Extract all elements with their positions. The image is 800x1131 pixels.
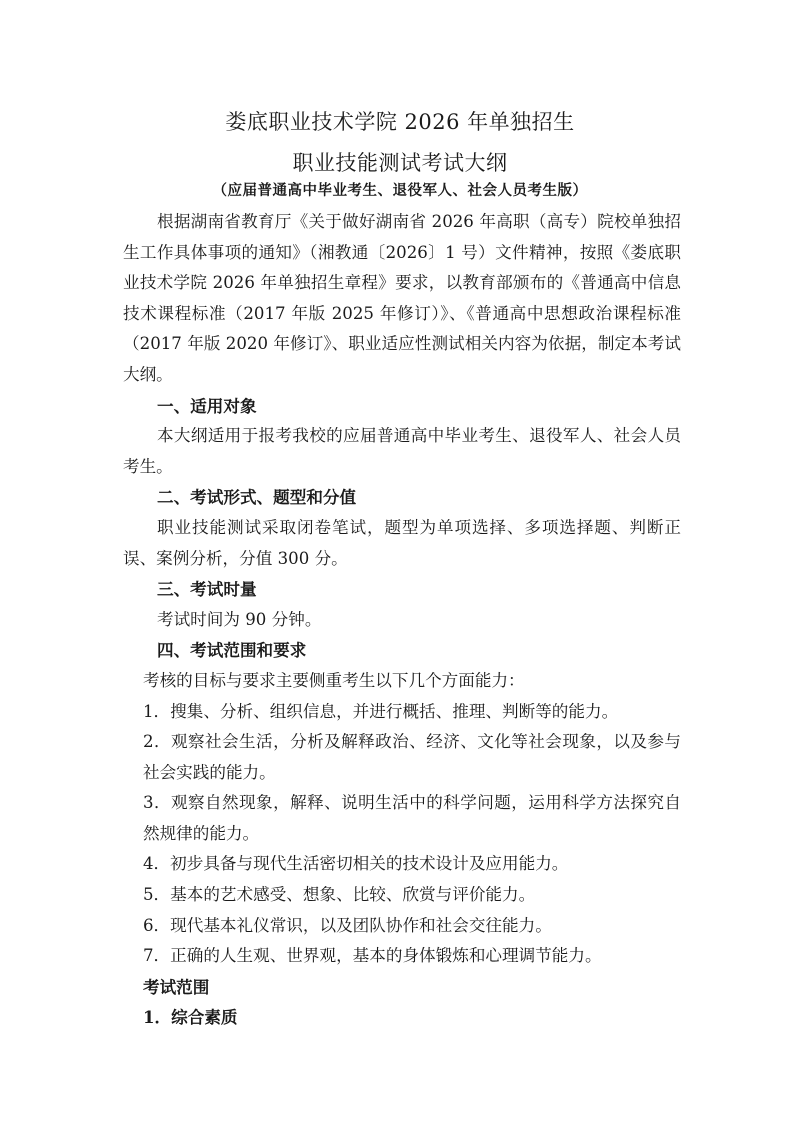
- document-edition-note: （应届普通高中毕业考生、退役军人、社会人员考生版）: [0, 179, 800, 200]
- ability-item-4: 4．初步具备与现代生活密切相关的技术设计及应用能力。: [123, 849, 681, 880]
- document-title: 娄底职业技术学院 2026 年单独招生: [0, 106, 800, 136]
- document-subtitle: 职业技能测试考试大纲: [0, 147, 800, 177]
- section-heading-scope-of-application: 一、适用对象: [123, 391, 681, 422]
- document-page: 娄底职业技术学院 2026 年单独招生 职业技能测试考试大纲 （应届普通高中毕业…: [0, 0, 800, 1131]
- scope-item-comprehensive-quality: 1．综合素质: [123, 1002, 681, 1033]
- ability-item-5: 5．基本的艺术感受、想象、比较、欣赏与评价能力。: [123, 880, 681, 911]
- section-heading-exam-requirements: 四、考试范围和要求: [123, 635, 681, 666]
- section-text-exam-duration: 考试时间为 90 分钟。: [123, 605, 681, 636]
- intro-paragraph: 根据湖南省教育厅《关于做好湖南省 2026 年高职（高专）院校单独招生工作具体事…: [123, 207, 681, 391]
- ability-item-1: 1．搜集、分析、组织信息，并进行概括、推理、判断等的能力。: [123, 697, 681, 728]
- ability-item-7: 7．正确的人生观、世界观，基本的身体锻炼和心理调节能力。: [123, 941, 681, 972]
- section-heading-exam-duration: 三、考试时量: [123, 574, 681, 605]
- section-text-exam-format: 职业技能测试采取闭卷笔试，题型为单项选择、多项选择题、判断正误、案例分析，分值 …: [123, 513, 681, 574]
- section-heading-exam-format: 二、考试形式、题型和分值: [123, 482, 681, 513]
- ability-item-2: 2．观察社会生活，分析及解释政治、经济、文化等社会现象，以及参与社会实践的能力。: [123, 727, 681, 788]
- section-text-scope-of-application: 本大纲适用于报考我校的应届普通高中毕业考生、退役军人、社会人员考生。: [123, 421, 681, 482]
- ability-item-6: 6．现代基本礼仪常识，以及团队协作和社会交往能力。: [123, 911, 681, 942]
- ability-item-3: 3．观察自然现象，解释、说明生活中的科学问题，运用科学方法探究自然规律的能力。: [123, 788, 681, 849]
- scope-heading: 考试范围: [123, 972, 681, 1003]
- section-text-exam-requirements: 考核的目标与要求主要侧重考生以下几个方面能力：: [123, 666, 681, 697]
- document-body: 根据湖南省教育厅《关于做好湖南省 2026 年高职（高专）院校单独招生工作具体事…: [123, 207, 681, 1033]
